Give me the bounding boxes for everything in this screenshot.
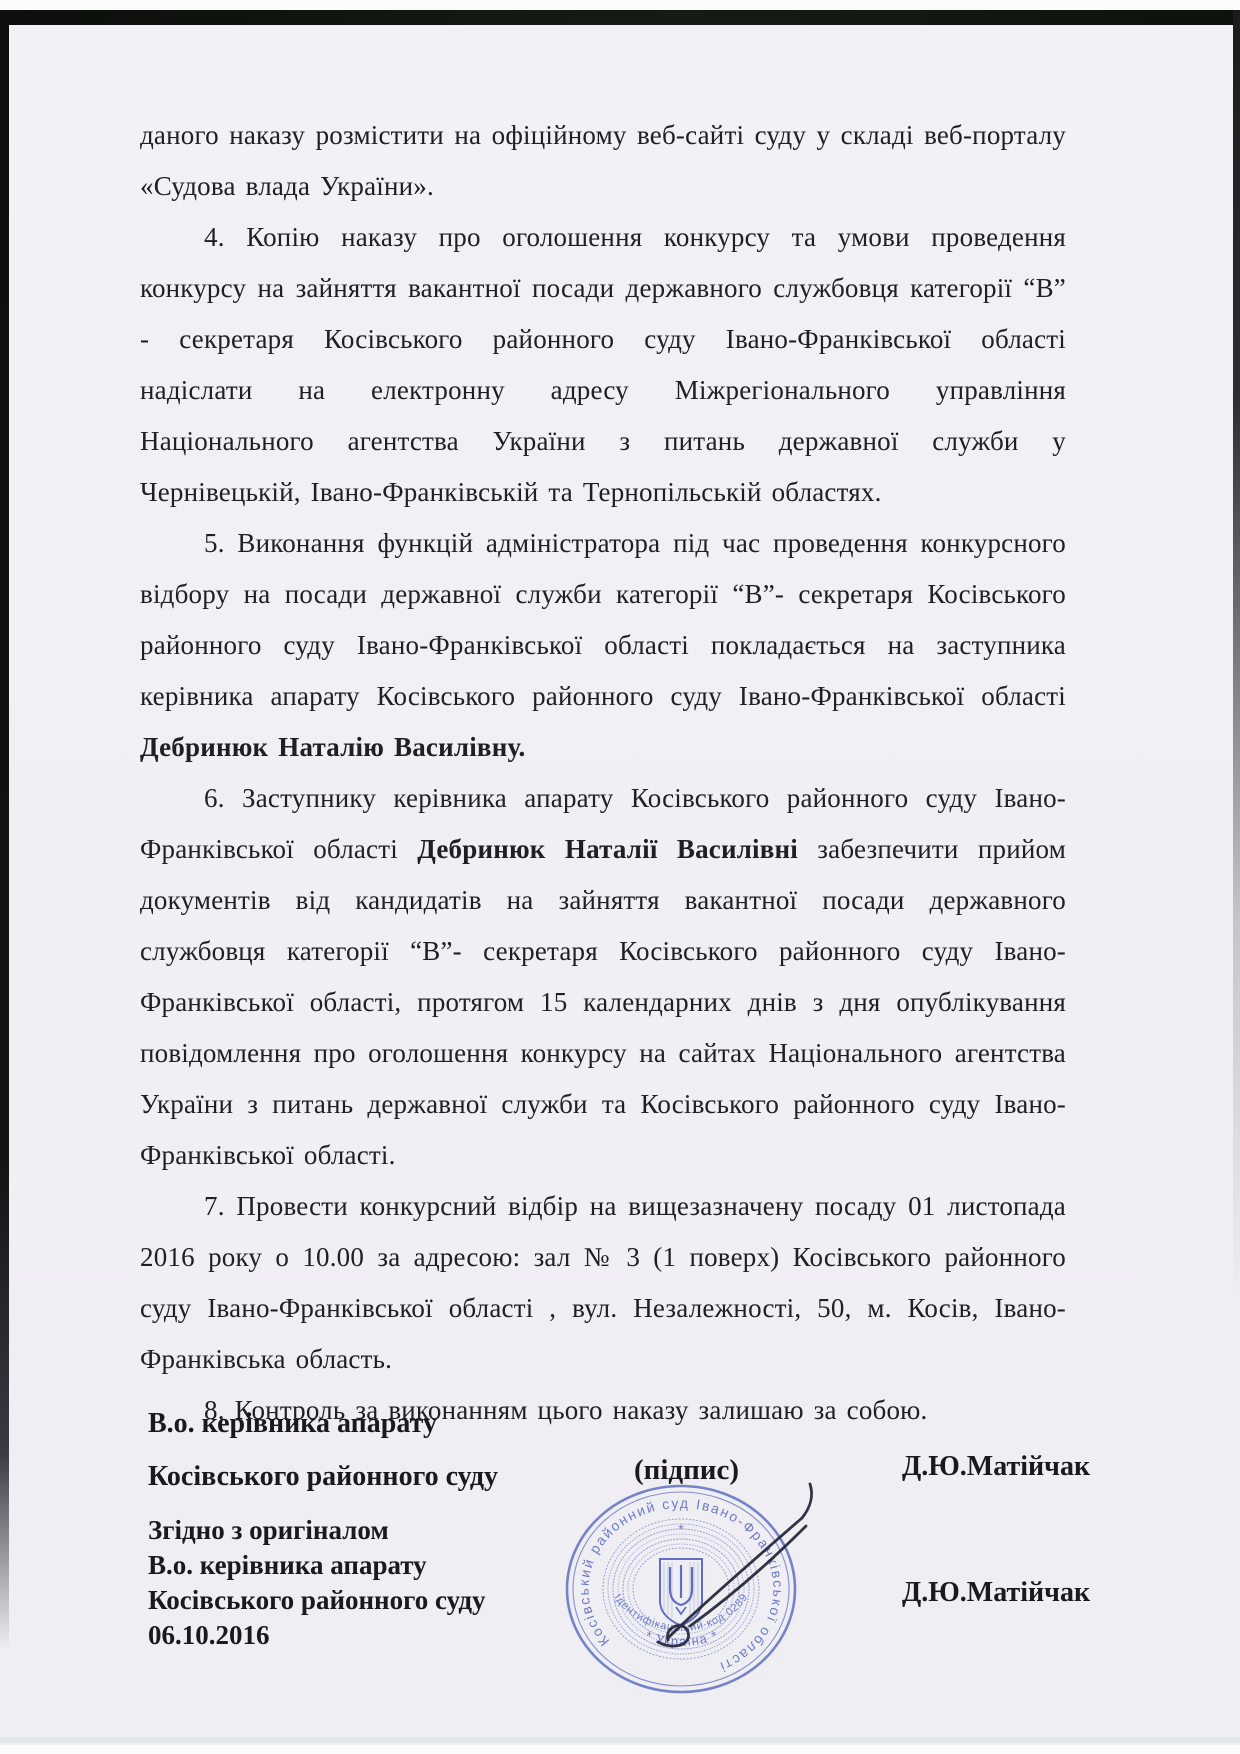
document-body: даного наказу розмістити на офіційному в… bbox=[140, 110, 1066, 1436]
signer-role-line1: В.о. керівника апарату bbox=[148, 1408, 437, 1440]
signer-name-top: Д.Ю.Матійчак bbox=[902, 1451, 1090, 1483]
certifier-role-line2: Косівського районного суду bbox=[148, 1585, 486, 1616]
paragraph: 4. Копію наказу про оголошення конкурсу … bbox=[140, 212, 1066, 518]
bold-name-text: Дебринюк Наталію Василівну. bbox=[140, 732, 525, 762]
paragraph: 5. Виконання функцій адміністратора під … bbox=[140, 518, 1066, 773]
paragraph: 7. Провести конкурсний відбір на вищезаз… bbox=[140, 1181, 1066, 1385]
scanned-document-page: { "page": { "paper_color": "#f1f0f4", "i… bbox=[0, 0, 1240, 1754]
paragraph-text: 4. Копію наказу про оголошення конкурсу … bbox=[140, 222, 1066, 507]
paragraph-text: даного наказу розмістити на офіційному в… bbox=[140, 120, 1066, 201]
scan-left-black-band bbox=[0, 10, 9, 1650]
certifier-role-line1: В.о. керівника апарату bbox=[148, 1550, 427, 1581]
paragraph-text: 7. Провести конкурсний відбір на вищезаз… bbox=[140, 1191, 1066, 1374]
scan-bottom-white-strip bbox=[0, 1745, 1240, 1754]
scan-top-white-strip bbox=[0, 0, 1240, 10]
signer-name-bottom: Д.Ю.Матійчак bbox=[902, 1577, 1090, 1609]
handwritten-signature bbox=[540, 1430, 880, 1680]
scan-bottom-page-edge bbox=[0, 1737, 1240, 1743]
paragraph-text: 5. Виконання функцій адміністратора під … bbox=[140, 528, 1066, 711]
paragraph: даного наказу розмістити на офіційному в… bbox=[140, 110, 1066, 212]
signer-role-line2: Косівського районного суду bbox=[148, 1461, 498, 1493]
scan-top-black-band bbox=[0, 10, 1240, 25]
paragraph-text: забезпечити прийом документів від кандид… bbox=[140, 834, 1066, 1170]
certified-label: Згідно з оригіналом bbox=[148, 1515, 389, 1546]
scan-right-black-band bbox=[1233, 10, 1240, 1310]
paragraph: 6. Заступнику керівника апарату Косівськ… bbox=[140, 773, 1066, 1181]
certification-date: 06.10.2016 bbox=[148, 1620, 270, 1651]
bold-name-text: Дебринюк Наталії Василівні bbox=[417, 834, 798, 864]
